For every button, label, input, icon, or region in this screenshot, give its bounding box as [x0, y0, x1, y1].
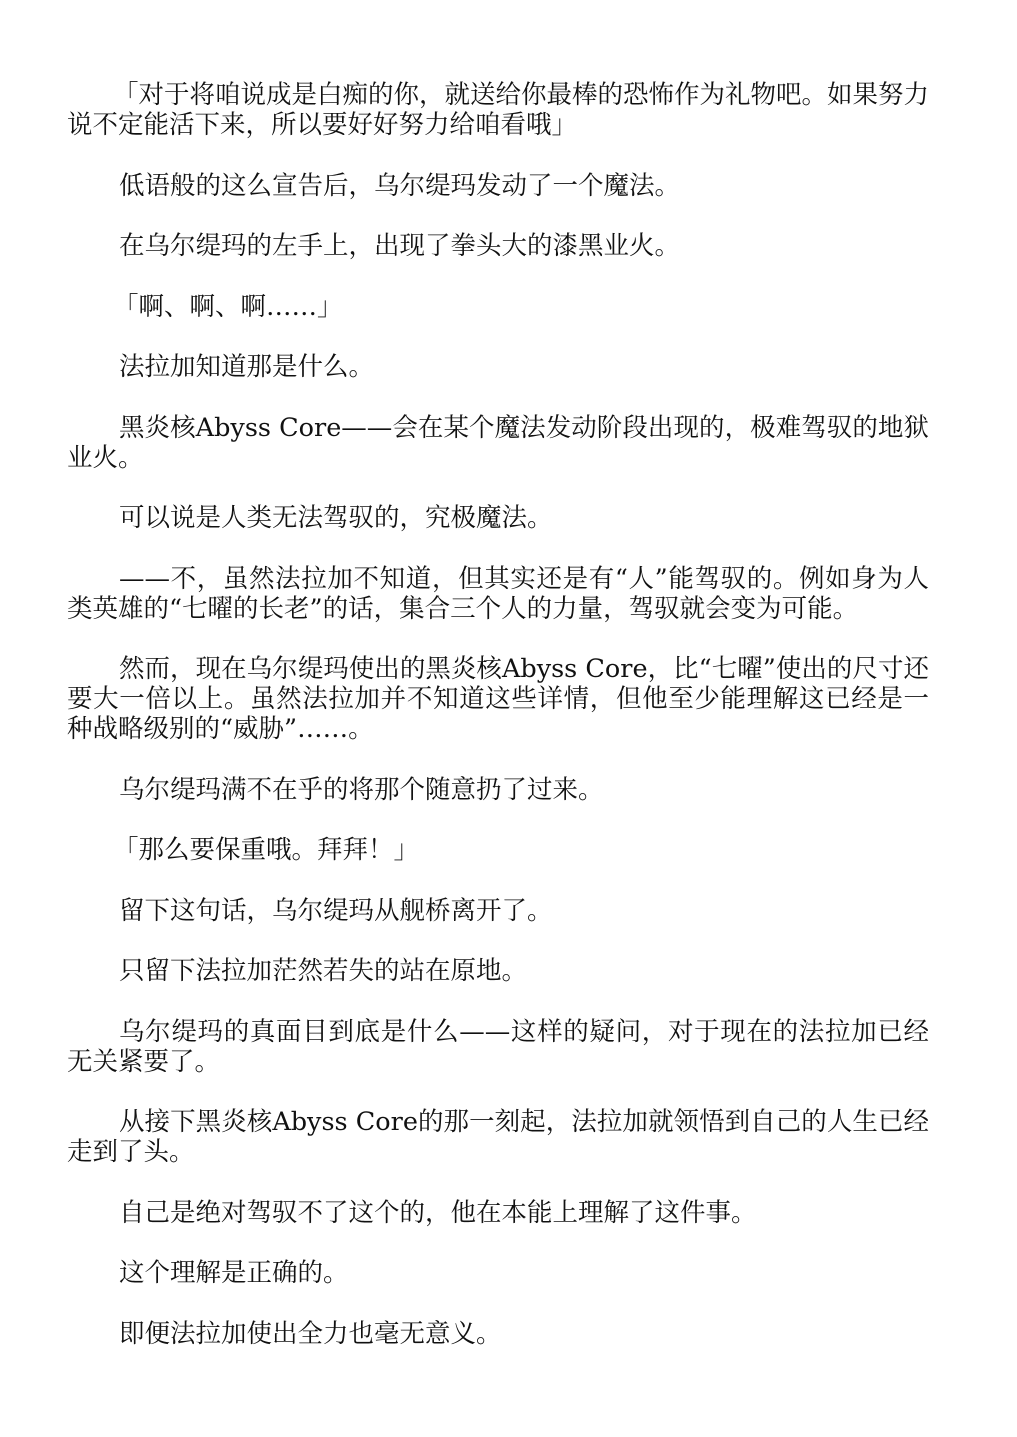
document-page: 「对于将咱说成是白痴的你，就送给你最棒的恐怖作为礼物吧。如果努力说不定能活下来，…: [67, 80, 929, 1379]
paragraph: 黑炎核Abyss Core——会在某个魔法发动阶段出现的，极难驾驭的地狱业火。: [67, 413, 929, 473]
paragraph: 乌尔缇玛的真面目到底是什么——这样的疑问，对于现在的法拉加已经无关紧要了。: [67, 1017, 929, 1077]
paragraph: 低语般的这么宣告后，乌尔缇玛发动了一个魔法。: [67, 171, 929, 201]
paragraph: 只留下法拉加茫然若失的站在原地。: [67, 956, 929, 986]
paragraph-dialogue: 「对于将咱说成是白痴的你，就送给你最棒的恐怖作为礼物吧。如果努力说不定能活下来，…: [67, 80, 929, 140]
paragraph: 自己是绝对驾驭不了这个的，他在本能上理解了这件事。: [67, 1198, 929, 1228]
paragraph: 然而，现在乌尔缇玛使出的黑炎核Abyss Core，比“七曜”使出的尺寸还要大一…: [67, 654, 929, 744]
paragraph: ——不，虽然法拉加不知道，但其实还是有“人”能驾驭的。例如身为人类英雄的“七曜的…: [67, 564, 929, 624]
paragraph: 可以说是人类无法驾驭的，究极魔法。: [67, 503, 929, 533]
paragraph: 乌尔缇玛满不在乎的将那个随意扔了过来。: [67, 775, 929, 805]
paragraph: 在乌尔缇玛的左手上，出现了拳头大的漆黑业火。: [67, 231, 929, 261]
paragraph: 即便法拉加使出全力也毫无意义。: [67, 1319, 929, 1349]
paragraph: 法拉加知道那是什么。: [67, 352, 929, 382]
paragraph-dialogue: 「那么要保重哦。拜拜！」: [67, 835, 929, 865]
paragraph: 留下这句话，乌尔缇玛从舰桥离开了。: [67, 896, 929, 926]
paragraph: 从接下黑炎核Abyss Core的那一刻起，法拉加就领悟到自己的人生已经走到了头…: [67, 1107, 929, 1167]
paragraph-dialogue: 「啊、啊、啊……」: [67, 292, 929, 322]
paragraph: 这个理解是正确的。: [67, 1258, 929, 1288]
